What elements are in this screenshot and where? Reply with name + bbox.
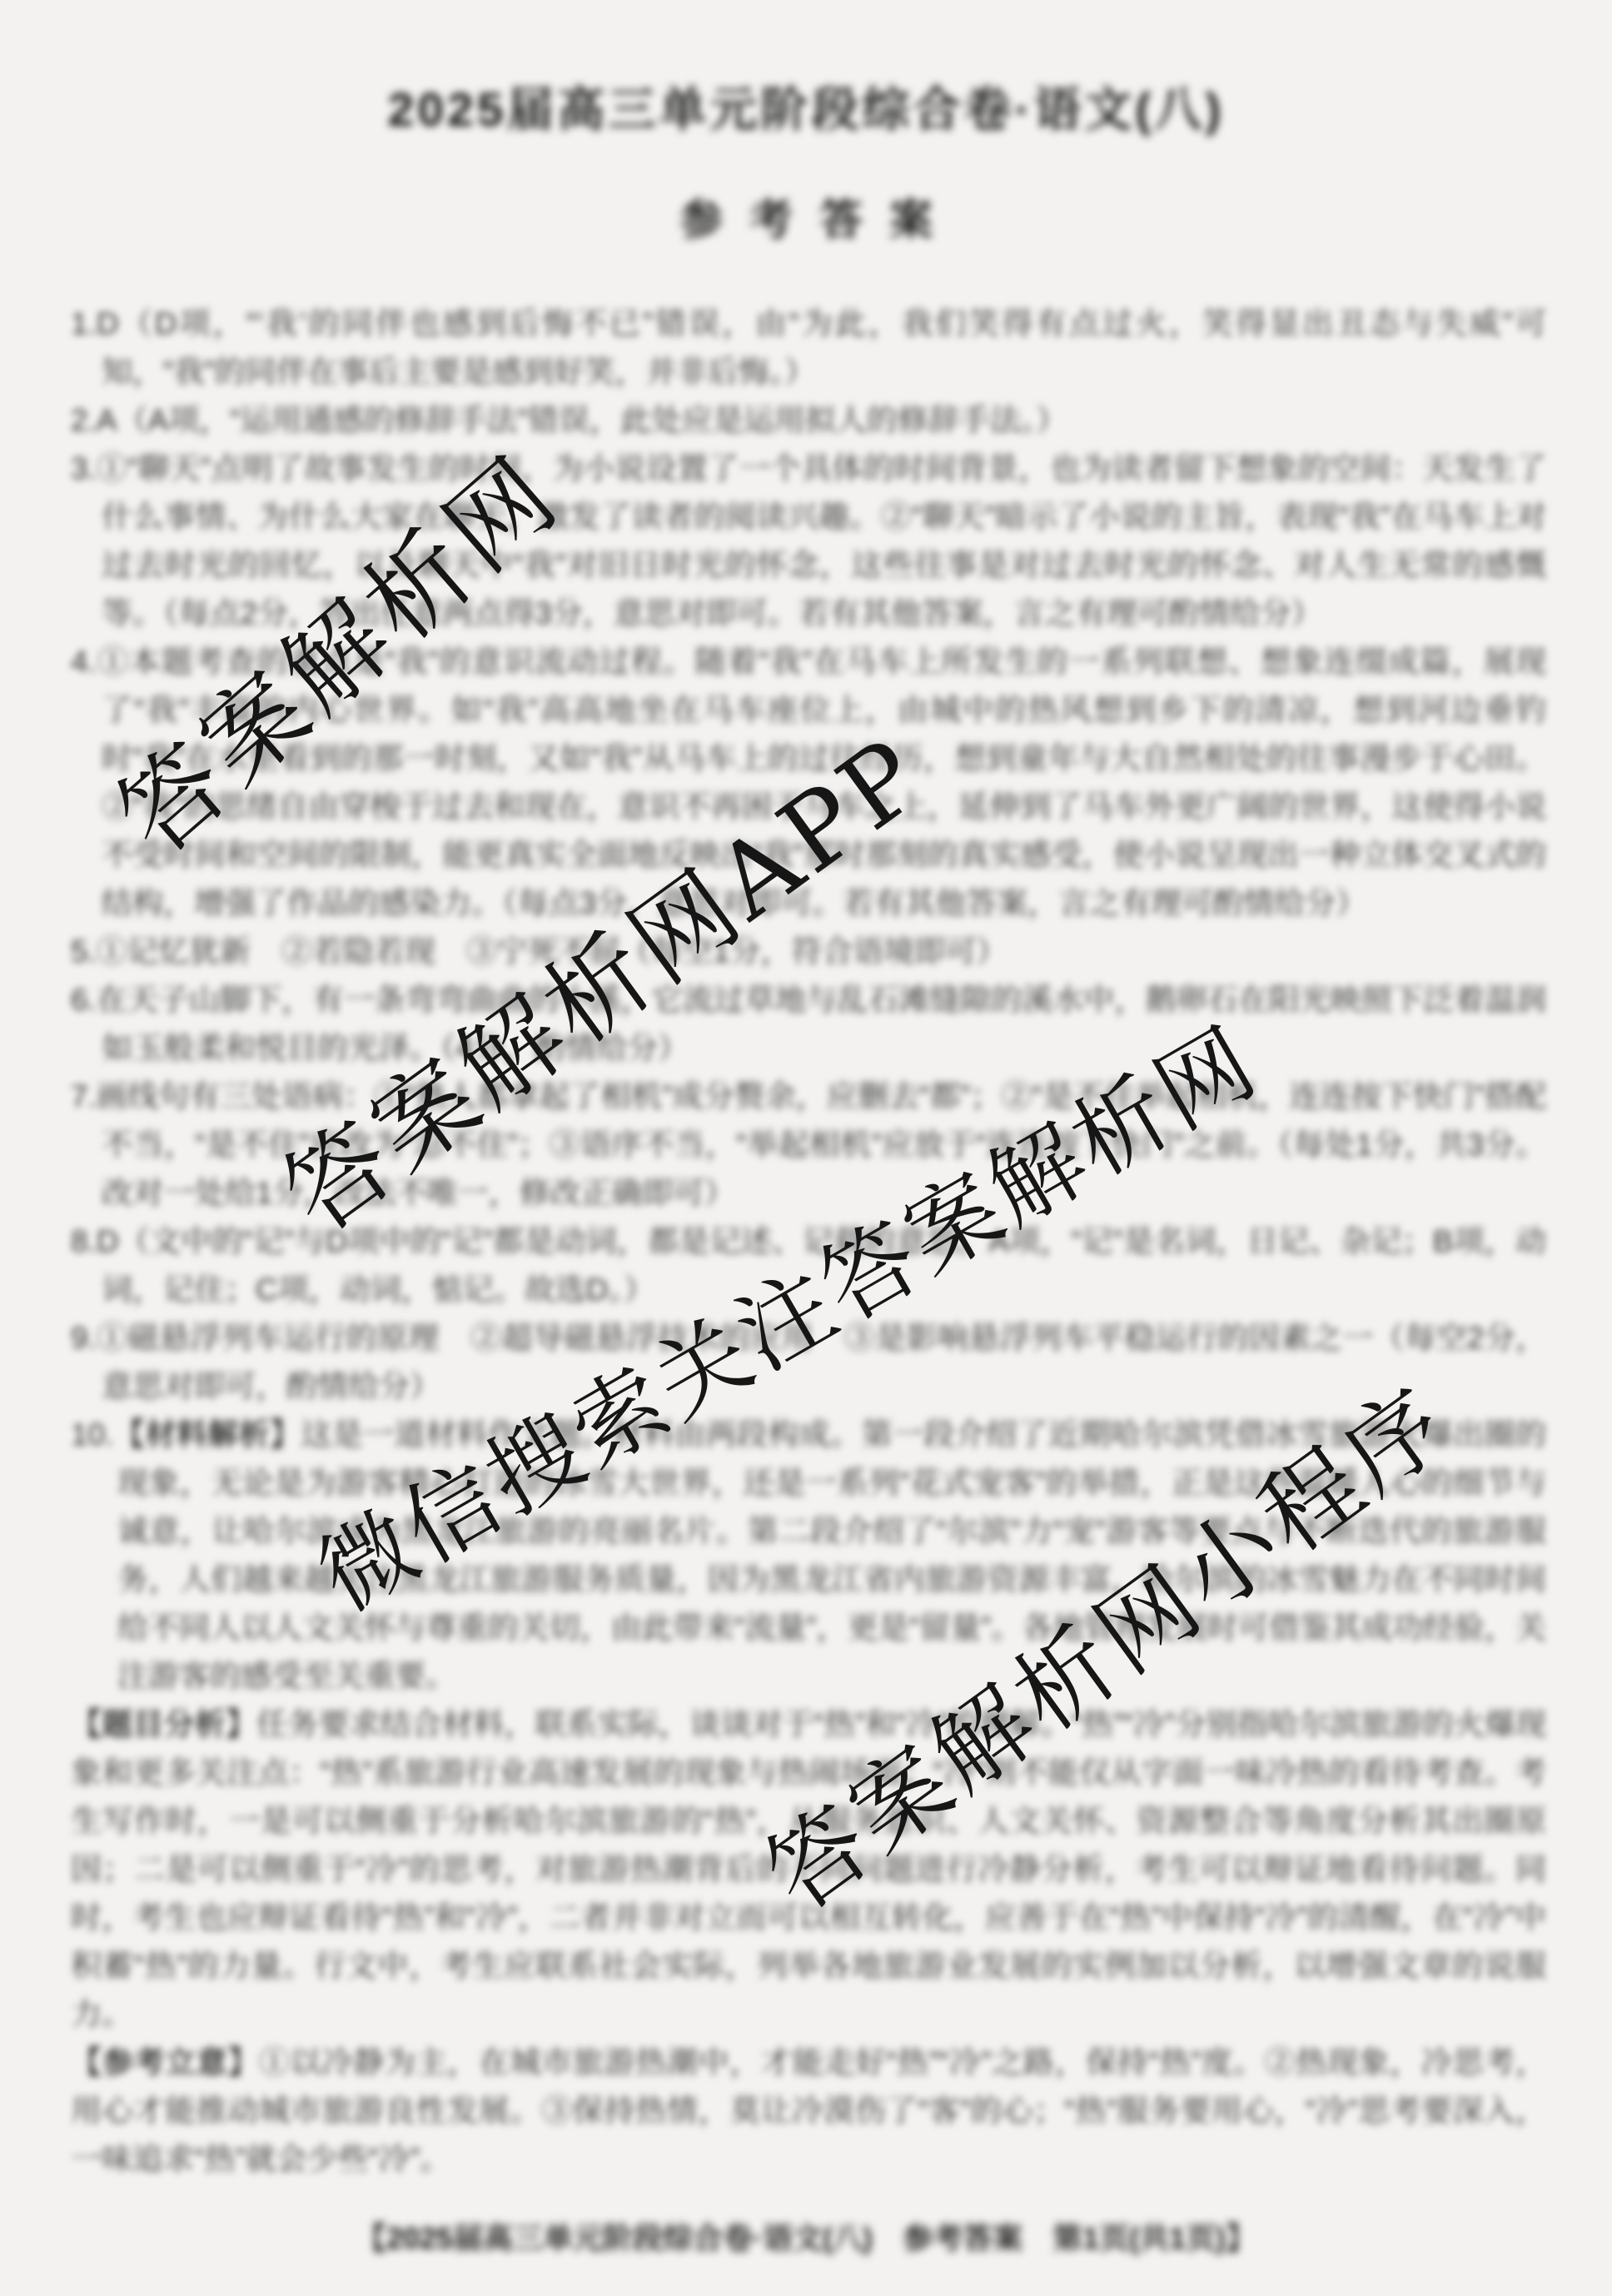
- reference-intent-text: ①以冷静为主，在城市旅游热潮中，才能走好“热”“冷”之路，保持“热”度。②热现象…: [71, 2045, 1546, 2176]
- item-10-number: 10.: [71, 1417, 113, 1452]
- answer-item-6: 6.在天子山脚下，有一条弯弯曲曲的小溪，它流过草地与乱石滩缝隙的溪水中，鹅卵石在…: [71, 976, 1546, 1073]
- reference-intent-marker: 【参考立意】: [71, 2045, 259, 2079]
- material-analysis-marker: 【材料解析】: [113, 1417, 301, 1452]
- page-title: 2025届高三单元阶段综合卷·语文(八): [0, 72, 1612, 140]
- answer-item-1: 1.D（D项，“‘我’的同伴也感到后悔不已”错误，由“为此，我们笑得有点过火，笑…: [71, 300, 1546, 396]
- answer-item-3: 3.①“聊天”点明了故事发生的时间，为小说设置了一个具体的时间背景，也为读者留下…: [71, 445, 1546, 638]
- answer-item-5: 5.①记忆犹新 ②若隐若现 ③宁死不屈（每空1分，符合语境即可）: [71, 928, 1546, 976]
- answer-item-2: 2.A（A项，“运用通感的修辞手法”错误，此处应是运用拟人的修辞手法。）: [71, 396, 1546, 445]
- page-footer: 【2025届高三单元阶段综合卷·语文(八) 参考答案 第1页(共1页)】: [0, 2215, 1612, 2258]
- reference-intent-block: 【参考立意】①以冷静为主，在城市旅游热潮中，才能走好“热”“冷”之路，保持“热”…: [71, 2039, 1546, 2184]
- topic-analysis-marker: 【题目分析】: [71, 1707, 256, 1741]
- scanned-answer-page: 2025届高三单元阶段综合卷·语文(八) 参考答案 1.D（D项，“‘我’的同伴…: [0, 0, 1612, 2296]
- page-subtitle: 参考答案: [0, 185, 1612, 247]
